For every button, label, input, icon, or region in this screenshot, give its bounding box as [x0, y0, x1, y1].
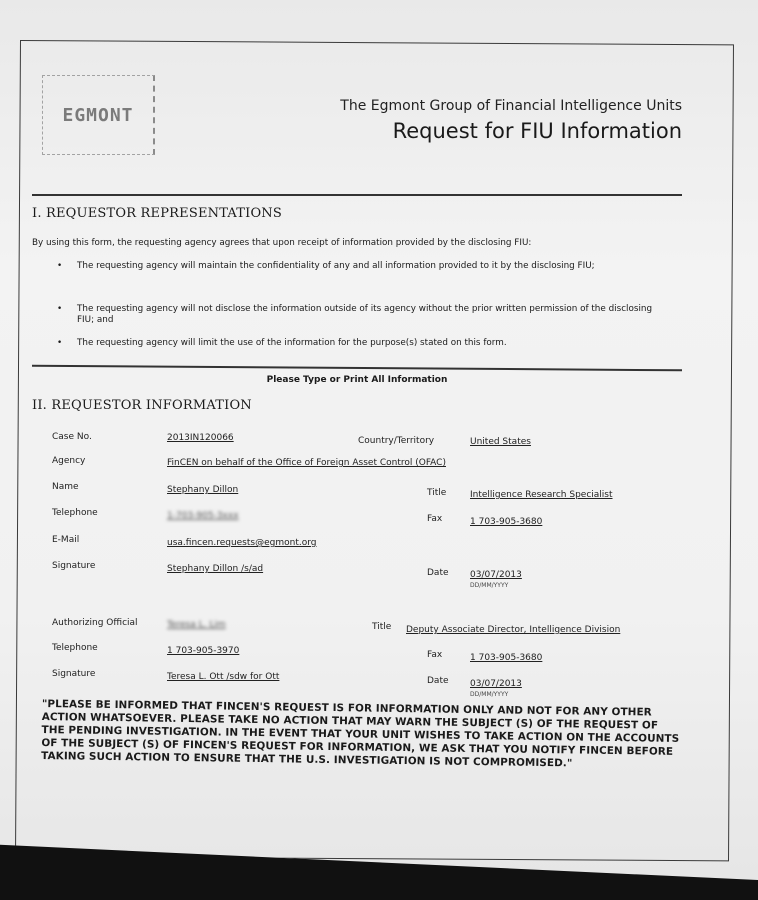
case-no-value[interactable]: 2013IN120066: [167, 433, 234, 443]
organization-name: The Egmont Group of Financial Intelligen…: [340, 98, 682, 114]
title-value[interactable]: Intelligence Research Specialist: [470, 490, 613, 500]
authorizing-official-label: Authorizing Official: [52, 618, 138, 628]
fincen-warning-notice: "PLEASE BE INFORMED THAT FINCEN's REQUES…: [41, 698, 682, 772]
auth-signature-label: Signature: [52, 669, 95, 679]
auth-fax-label: Fax: [427, 650, 442, 660]
case-no-label: Case No.: [52, 432, 92, 442]
auth-signature-value[interactable]: Teresa L. Ott /sdw for Ott: [167, 672, 279, 682]
title-label: Title: [427, 488, 446, 498]
section-1-heading: I. REQUESTOR REPRESENTATIONS: [32, 206, 282, 221]
list-item: • The requesting agency will maintain th…: [57, 261, 662, 272]
signature-label: Signature: [52, 561, 95, 571]
country-value[interactable]: United States: [470, 437, 531, 447]
email-label: E-Mail: [52, 535, 79, 545]
auth-date-label: Date: [427, 676, 449, 686]
section-1-intro: By using this form, the requesting agenc…: [32, 238, 531, 248]
email-value[interactable]: usa.fincen.requests@egmont.org: [167, 538, 316, 548]
name-value[interactable]: Stephany Dillon: [167, 485, 238, 495]
form-title: Request for FIU Information: [393, 119, 682, 143]
document-page: EGMONT The Egmont Group of Financial Int…: [0, 0, 758, 880]
bullet-icon: •: [57, 338, 62, 349]
auth-title-label: Title: [372, 622, 391, 632]
auth-title-value[interactable]: Deputy Associate Director, Intelligence …: [406, 625, 620, 635]
date-format-hint: DD/MM/YYYY: [470, 582, 508, 589]
date-value[interactable]: 03/07/2013: [470, 570, 522, 580]
print-instruction: Please Type or Print All Information: [32, 375, 682, 385]
signature-value[interactable]: Stephany Dillon /s/ad: [167, 564, 263, 574]
date-label: Date: [427, 568, 449, 578]
auth-date-format-hint: DD/MM/YYYY: [470, 691, 508, 698]
authorizing-official-value-redacted[interactable]: Teresa L. Lim: [167, 620, 226, 630]
auth-date-value[interactable]: 03/07/2013: [470, 679, 522, 689]
header-divider: [32, 194, 682, 196]
telephone-value-redacted[interactable]: 1-703-905-3xxx: [167, 511, 239, 521]
telephone-label: Telephone: [52, 508, 98, 518]
country-label: Country/Territory: [358, 436, 434, 446]
bullet-icon: •: [57, 261, 62, 272]
list-item: • The requesting agency will limit the u…: [57, 338, 662, 349]
section-2-heading: II. REQUESTOR INFORMATION: [32, 398, 252, 413]
list-item: • The requesting agency will not disclos…: [57, 304, 662, 326]
fax-value[interactable]: 1 703-905-3680: [470, 517, 542, 527]
agency-value[interactable]: FinCEN on behalf of the Office of Foreig…: [167, 458, 446, 468]
egmont-stamp-logo: EGMONT: [42, 75, 155, 155]
auth-telephone-value[interactable]: 1 703-905-3970: [167, 646, 239, 656]
fax-label: Fax: [427, 514, 442, 524]
agency-label: Agency: [52, 456, 85, 466]
name-label: Name: [52, 482, 79, 492]
auth-telephone-label: Telephone: [52, 643, 98, 653]
bullet-icon: •: [57, 304, 62, 315]
auth-fax-value[interactable]: 1 703-905-3680: [470, 653, 542, 663]
